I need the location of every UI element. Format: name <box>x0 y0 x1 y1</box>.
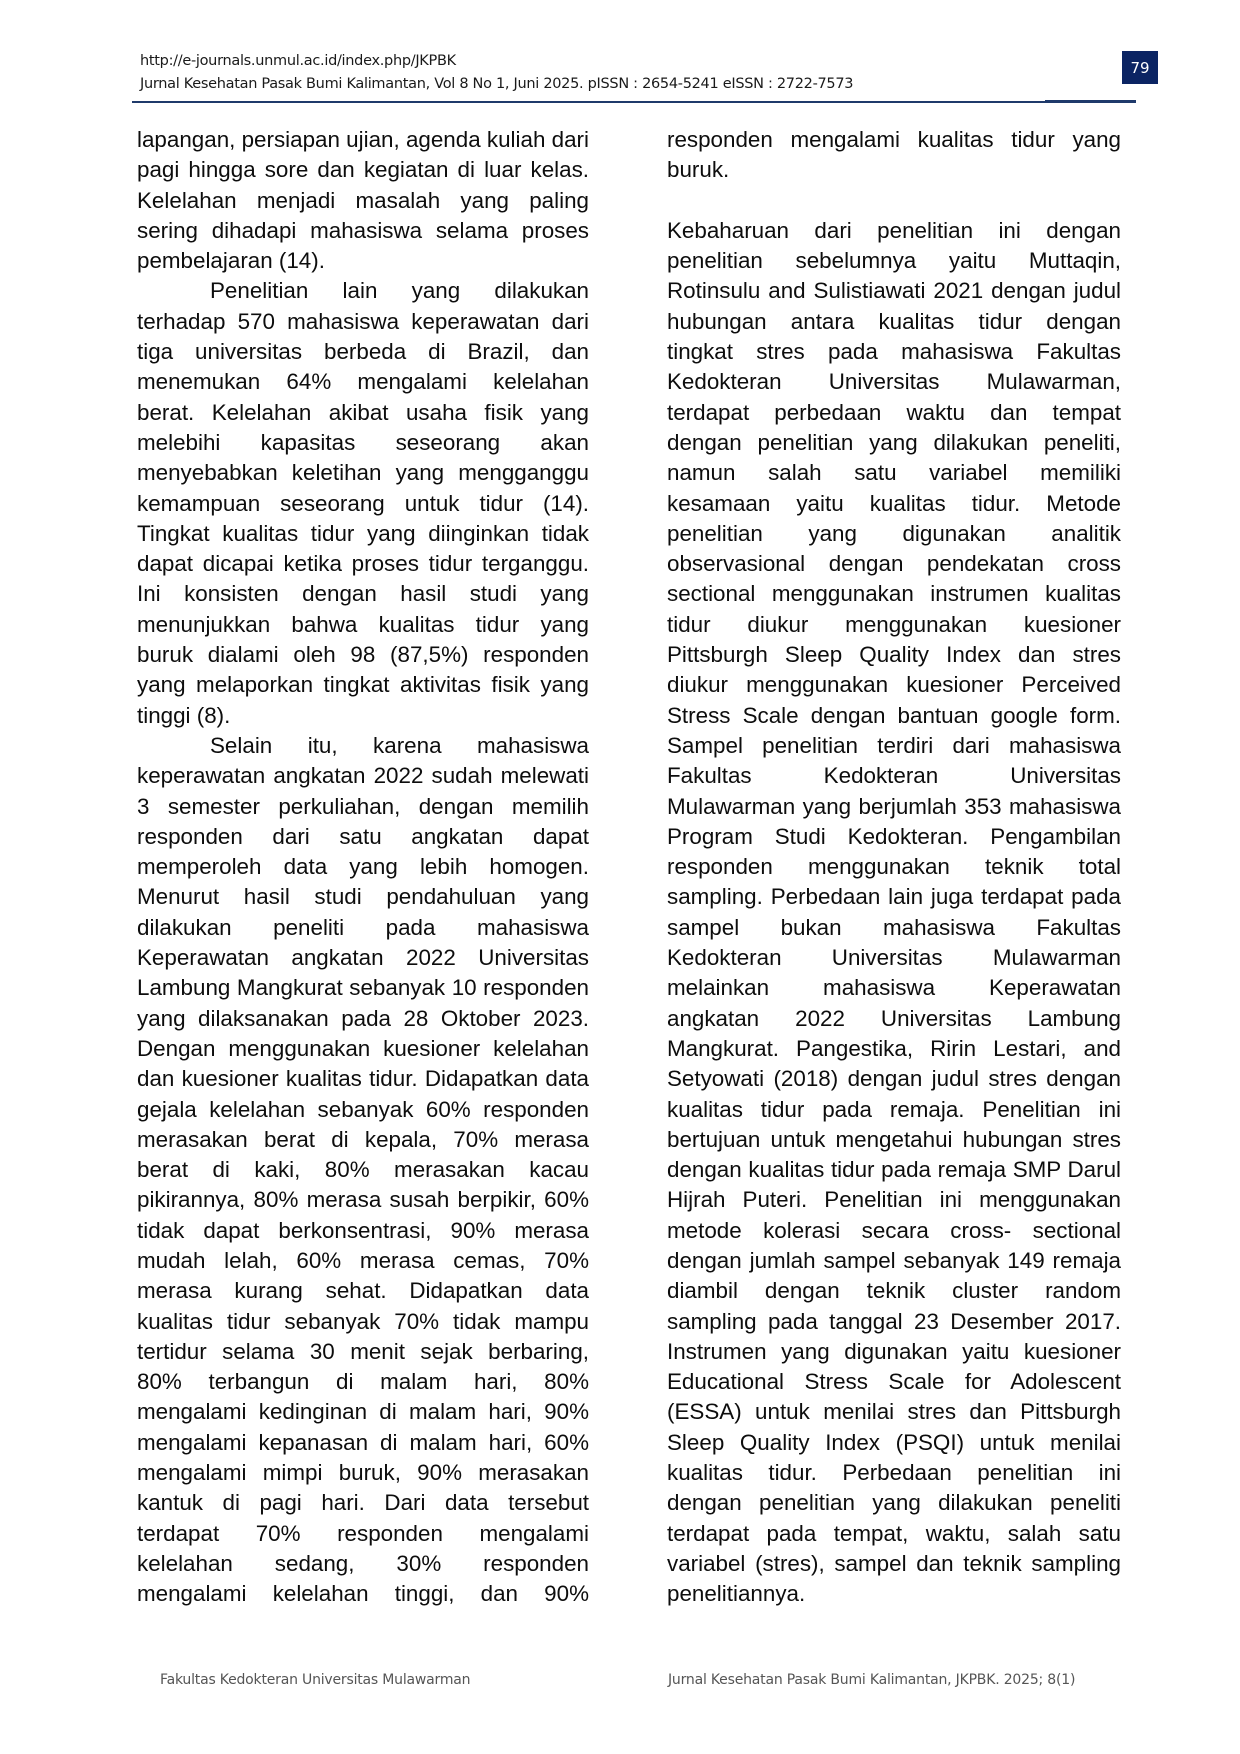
text-line: responden dari satu angkatan dapat <box>137 822 589 852</box>
text-line: berat. Kelelahan akibat usaha fisik yang <box>137 398 589 428</box>
text-line: yang dilaksanakan pada 28 Oktober 2023. <box>137 1004 589 1034</box>
text-line: Instrumen yang digunakan yaitu kuesioner <box>667 1337 1121 1367</box>
text-line: pagi hingga sore dan kegiatan di luar ke… <box>137 155 589 185</box>
text-line: tidur diukur menggunakan kuesioner <box>667 610 1121 640</box>
text-line: Sleep Quality Index (PSQI) untuk menilai <box>667 1428 1121 1458</box>
text-line: sering dihadapi mahasiswa selama proses <box>137 216 589 246</box>
text-line: responden mengalami kualitas tidur yang <box>667 125 1121 155</box>
text-line: Stress Scale dengan bantuan google form. <box>667 701 1121 731</box>
text-line: angkatan 2022 Universitas Lambung <box>667 1004 1121 1034</box>
text-line: buruk. <box>667 155 1121 185</box>
text-line: kelelahan sedang, 30% responden <box>137 1549 589 1579</box>
page-number-badge: 79 <box>1122 51 1158 84</box>
text-line: tidak dapat berkonsentrasi, 90% merasa <box>137 1216 589 1246</box>
text-line: dapat dicapai ketika proses tidur tergan… <box>137 549 589 579</box>
text-line: Tingkat kualitas tidur yang diinginkan t… <box>137 519 589 549</box>
footer-institution: Fakultas Kedokteran Universitas Mulawarm… <box>160 1672 470 1688</box>
text-line: tingkat stres pada mahasiswa Fakultas <box>667 337 1121 367</box>
right-text-column: responden mengalami kualitas tidur yangb… <box>667 125 1121 1610</box>
text-line: mengalami kelelahan tinggi, dan 90% <box>137 1579 589 1609</box>
text-line: Lambung Mangkurat sebanyak 10 responden <box>137 973 589 1003</box>
text-line: dengan kualitas tidur pada remaja SMP Da… <box>667 1155 1121 1185</box>
text-line: terdapat perbedaan waktu dan tempat <box>667 398 1121 428</box>
text-line: terdapat 70% responden mengalami <box>137 1519 589 1549</box>
text-line: pembelajaran (14). <box>137 246 589 276</box>
text-line: dengan penelitian yang dilakukan penelit… <box>667 1488 1121 1518</box>
text-line: sectional menggunakan instrumen kualitas <box>667 579 1121 609</box>
text-line: kualitas tidur. Perbedaan penelitian ini <box>667 1458 1121 1488</box>
text-line: sampel bukan mahasiswa Fakultas <box>667 913 1121 943</box>
text-line: diukur menggunakan kuesioner Perceived <box>667 670 1121 700</box>
text-line: (ESSA) untuk menilai stres dan Pittsburg… <box>667 1397 1121 1427</box>
text-line: melebihi kapasitas seseorang akan <box>137 428 589 458</box>
text-line: Mangkurat. Pangestika, Ririn Lestari, an… <box>667 1034 1121 1064</box>
text-line: kantuk di pagi hari. Dari data tersebut <box>137 1488 589 1518</box>
text-line: dengan penelitian yang dilakukan penelit… <box>667 428 1121 458</box>
footer-journal-citation: Jurnal Kesehatan Pasak Bumi Kalimantan, … <box>668 1672 1075 1688</box>
text-line: terdapat pada tempat, waktu, salah satu <box>667 1519 1121 1549</box>
text-line: Setyowati (2018) dengan judul stres deng… <box>667 1064 1121 1094</box>
text-line: Kelelahan menjadi masalah yang paling <box>137 186 589 216</box>
text-line: Keperawatan angkatan 2022 Universitas <box>137 943 589 973</box>
text-line: sampling pada tanggal 23 Desember 2017. <box>667 1307 1121 1337</box>
text-line: Selain itu, karena mahasiswa <box>137 731 589 761</box>
text-line: metode kolerasi secara cross- sectional <box>667 1216 1121 1246</box>
text-line: keperawatan angkatan 2022 sudah melewati <box>137 761 589 791</box>
text-line: terhadap 570 mahasiswa keperawatan dari <box>137 307 589 337</box>
text-line: memperoleh data yang lebih homogen. <box>137 852 589 882</box>
text-line: 80% terbangun di malam hari, 80% <box>137 1367 589 1397</box>
left-text-column: lapangan, persiapan ujian, agenda kuliah… <box>137 125 589 1610</box>
text-line: observasional dengan pendekatan cross <box>667 549 1121 579</box>
text-line: melainkan mahasiswa Keperawatan <box>667 973 1121 1003</box>
text-line: menunjukkan bahwa kualitas tidur yang <box>137 610 589 640</box>
text-line: menyebabkan keletihan yang mengganggu <box>137 458 589 488</box>
text-line: penelitiannya. <box>667 1579 1121 1609</box>
text-line: Kebaharuan dari penelitian ini dengan <box>667 216 1121 246</box>
text-line: mengalami kedinginan di malam hari, 90% <box>137 1397 589 1427</box>
text-line: 3 semester perkuliahan, dengan memilih <box>137 792 589 822</box>
text-line: penelitian sebelumnya yaitu Muttaqin, <box>667 246 1121 276</box>
text-line: yang melaporkan tingkat aktivitas fisik … <box>137 670 589 700</box>
text-line: sampling. Perbedaan lain juga terdapat p… <box>667 882 1121 912</box>
text-line: responden menggunakan teknik total <box>667 852 1121 882</box>
text-line: buruk dialami oleh 98 (87,5%) responden <box>137 640 589 670</box>
text-line: Kedokteran Universitas Mulawarman <box>667 943 1121 973</box>
text-line: Program Studi Kedokteran. Pengambilan <box>667 822 1121 852</box>
text-line: berat di kaki, 80% merasakan kacau <box>137 1155 589 1185</box>
text-line: namun salah satu variabel memiliki <box>667 458 1121 488</box>
text-line: tinggi (8). <box>137 701 589 731</box>
text-line: dengan jumlah sampel sebanyak 149 remaja <box>667 1246 1121 1276</box>
text-line: diambil dengan teknik cluster random <box>667 1276 1121 1306</box>
text-line: merasa kurang sehat. Didapatkan data <box>137 1276 589 1306</box>
text-line: Fakultas Kedokteran Universitas <box>667 761 1121 791</box>
text-line: gejala kelelahan sebanyak 60% responden <box>137 1095 589 1125</box>
running-header: http://e-journals.unmul.ac.id/index.php/… <box>140 50 853 96</box>
header-rule-accent <box>1045 100 1136 103</box>
text-line: kualitas tidur pada remaja. Penelitian i… <box>667 1095 1121 1125</box>
text-line: Sampel penelitian terdiri dari mahasiswa <box>667 731 1121 761</box>
text-line: Rotinsulu and Sulistiawati 2021 dengan j… <box>667 276 1121 306</box>
text-line: dan kuesioner kualitas tidur. Didapatkan… <box>137 1064 589 1094</box>
text-line: Educational Stress Scale for Adolescent <box>667 1367 1121 1397</box>
blank-line <box>667 186 1121 216</box>
text-line: variabel (stres), sampel dan teknik samp… <box>667 1549 1121 1579</box>
journal-url[interactable]: http://e-journals.unmul.ac.id/index.php/… <box>140 50 853 73</box>
text-line: kesamaan yaitu kualitas tidur. Metode <box>667 489 1121 519</box>
text-line: Menurut hasil studi pendahuluan yang <box>137 882 589 912</box>
text-line: Kedokteran Universitas Mulawarman, <box>667 367 1121 397</box>
journal-citation-line: Jurnal Kesehatan Pasak Bumi Kalimantan, … <box>140 73 853 96</box>
text-line: Hijrah Puteri. Penelitian ini menggunaka… <box>667 1185 1121 1215</box>
text-line: penelitian yang digunakan analitik <box>667 519 1121 549</box>
text-line: Penelitian lain yang dilakukan <box>137 276 589 306</box>
text-line: pikirannya, 80% merasa susah berpikir, 6… <box>137 1185 589 1215</box>
text-line: kualitas tidur sebanyak 70% tidak mampu <box>137 1307 589 1337</box>
text-line: mengalami kepanasan di malam hari, 60% <box>137 1428 589 1458</box>
text-line: dilakukan peneliti pada mahasiswa <box>137 913 589 943</box>
text-line: Ini konsisten dengan hasil studi yang <box>137 579 589 609</box>
text-line: lapangan, persiapan ujian, agenda kuliah… <box>137 125 589 155</box>
text-line: kemampuan seseorang untuk tidur (14). <box>137 489 589 519</box>
text-line: bertujuan untuk mengetahui hubungan stre… <box>667 1125 1121 1155</box>
text-line: mudah lelah, 60% merasa cemas, 70% <box>137 1246 589 1276</box>
text-line: merasakan berat di kepala, 70% merasa <box>137 1125 589 1155</box>
text-line: mengalami mimpi buruk, 90% merasakan <box>137 1458 589 1488</box>
text-line: tiga universitas berbeda di Brazil, dan <box>137 337 589 367</box>
text-line: Dengan menggunakan kuesioner kelelahan <box>137 1034 589 1064</box>
text-line: hubungan antara kualitas tidur dengan <box>667 307 1121 337</box>
text-line: Pittsburgh Sleep Quality Index dan stres <box>667 640 1121 670</box>
text-line: menemukan 64% mengalami kelelahan <box>137 367 589 397</box>
text-line: tertidur selama 30 menit sejak berbaring… <box>137 1337 589 1367</box>
text-line: Mulawarman yang berjumlah 353 mahasiswa <box>667 792 1121 822</box>
header-rule <box>132 101 1136 103</box>
